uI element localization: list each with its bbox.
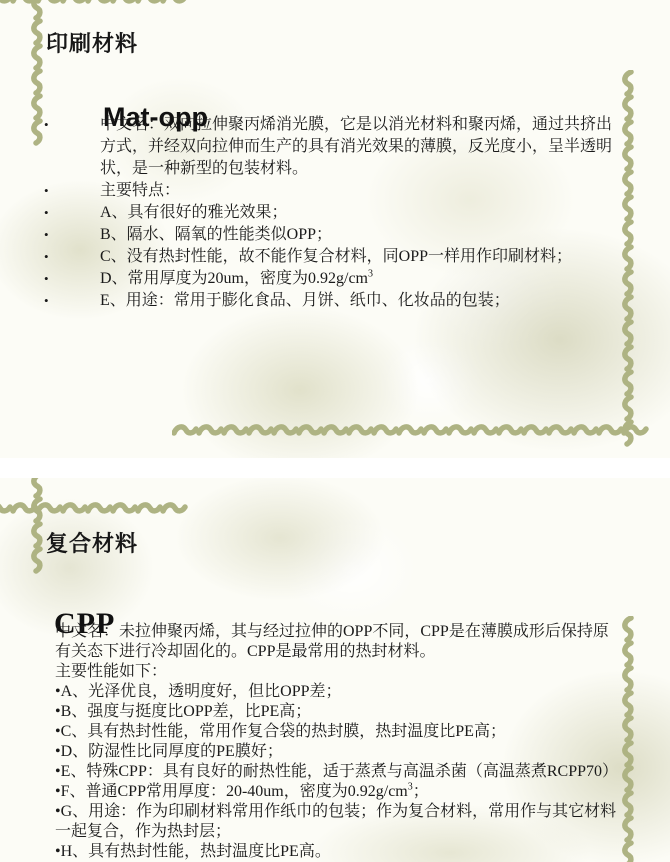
list-item: •C、没有热封性能，故不能作复合材料，同OPP一样用作印刷材料；: [44, 246, 654, 268]
list-item: •A、具有很好的雅光效果；: [44, 202, 654, 224]
list-item: 一起复合，作为热封层；: [55, 822, 663, 842]
bullet-icon: •: [44, 114, 100, 136]
list-item: •主要特点：: [44, 180, 654, 202]
bullet-icon: [44, 136, 100, 158]
list-item: •E、特殊CPP：具有良好的耐热性能，适于蒸煮与高温杀菌（高温蒸煮RCPP70）: [55, 762, 663, 782]
slide1-bullet-list: •中文名：双向拉伸聚丙烯消光膜，它是以消光材料和聚丙烯，通过共挤出 方式，并经双…: [44, 114, 654, 312]
slide2-title: 复合材料: [46, 527, 138, 558]
top-left-horizontal-wave-border: [0, 0, 190, 8]
slide-printing-materials: 印刷材料 Mat-opp •中文名：双向拉伸聚丙烯消光膜，它是以消光材料和聚丙烯…: [0, 0, 670, 458]
superscript: 3: [368, 269, 373, 280]
list-item: 状，是一种新型的包装材料。: [44, 158, 654, 180]
list-item: •C、具有热封性能，常用作复合袋的热封膜，热封温度比PE高；: [55, 722, 663, 742]
list-item-text: B、隔水、隔氧的性能类似OPP；: [100, 224, 332, 246]
list-item-text: 状，是一种新型的包装材料。: [100, 158, 308, 180]
bottom-horizontal-wave-border: [172, 424, 651, 440]
list-item: •A、光泽优良，透明度好，但比OPP差；: [55, 682, 663, 702]
list-item: •D、常用厚度为20um，密度为0.92g/cm3: [44, 268, 654, 290]
page: { "colors": { "decor_olive": "#aeb383", …: [0, 0, 670, 862]
list-item-text: D、常用厚度为20um，密度为0.92g/cm3: [100, 268, 373, 290]
list-item-text: 主要特点：: [100, 180, 180, 202]
list-item-text: A、具有很好的雅光效果；: [100, 202, 288, 224]
list-item: •E、用途：常用于膨化食品、月饼、纸巾、化妆品的包装；: [44, 290, 654, 312]
list-item: •中文名：双向拉伸聚丙烯消光膜，它是以消光材料和聚丙烯，通过共挤出: [44, 114, 654, 136]
bullet-icon: •: [44, 180, 100, 202]
list-item: •G、用途：作为印刷材料常用作纸巾的包装；作为复合材料，常用作与其它材料: [55, 802, 663, 822]
list-item: •F、普通CPP常用厚度：20-40um，密度为0.92g/cm3；: [55, 782, 663, 802]
list-item: •H、具有热封性能，热封温度比PE高。: [55, 842, 663, 862]
bullet-icon: •: [44, 246, 100, 268]
bullet-icon: •: [44, 290, 100, 312]
slide2-text-block: 中文名：未拉伸聚丙烯，其与经过拉伸的OPP不同，CPP是在薄膜成形后保持原 有关…: [55, 622, 663, 862]
bullet-icon: •: [44, 202, 100, 224]
bullet-icon: [44, 158, 100, 180]
list-item: 方式，并经双向拉伸而生产的具有消光效果的薄膜，反光度小，呈半透明: [44, 136, 654, 158]
bullet-icon: •: [44, 224, 100, 246]
list-item: •B、强度与挺度比OPP差，比PE高；: [55, 702, 663, 722]
paragraph-line: 有关态下进行冷却固化的。CPP是最常用的热封材料。: [55, 642, 663, 662]
top-left-horizontal-wave-border: [0, 502, 190, 518]
bullet-icon: •: [44, 268, 100, 290]
list-item: •D、防湿性比同厚度的PE膜好；: [55, 742, 663, 762]
paragraph-line: 中文名：未拉伸聚丙烯，其与经过拉伸的OPP不同，CPP是在薄膜成形后保持原: [55, 622, 663, 642]
slide-composite-materials: 复合材料 CPP 中文名：未拉伸聚丙烯，其与经过拉伸的OPP不同，CPP是在薄膜…: [0, 478, 670, 862]
paragraph-line: 主要性能如下：: [55, 662, 663, 682]
list-item-text: E、用途：常用于膨化食品、月饼、纸巾、化妆品的包装；: [100, 290, 510, 312]
slide1-title: 印刷材料: [46, 27, 138, 58]
list-item-text: C、没有热封性能，故不能作复合材料，同OPP一样用作印刷材料；: [100, 246, 572, 268]
top-left-vertical-wave-border: [31, 478, 47, 576]
list-item: •B、隔水、隔氧的性能类似OPP；: [44, 224, 654, 246]
list-item-text: 中文名：双向拉伸聚丙烯消光膜，它是以消光材料和聚丙烯，通过共挤出: [100, 114, 612, 136]
list-item-text: 方式，并经双向拉伸而生产的具有消光效果的薄膜，反光度小，呈半透明: [100, 136, 612, 158]
